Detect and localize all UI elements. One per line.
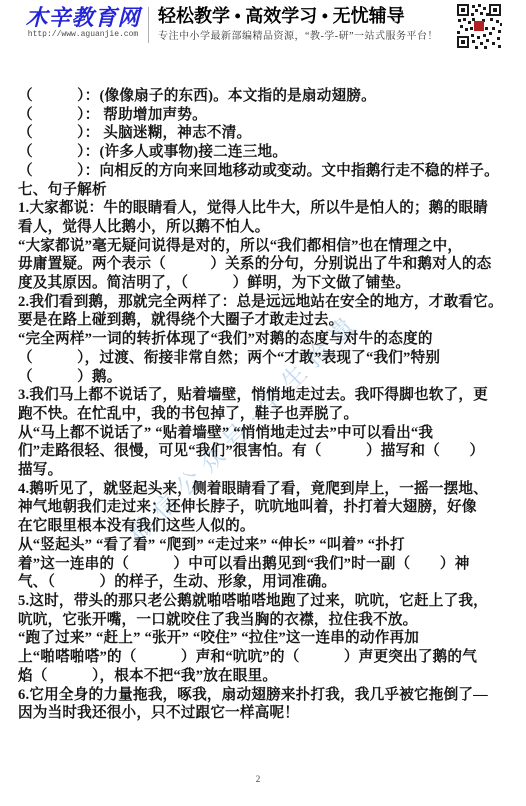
document-line: 1.大家都说：牛的眼睛看人，觉得人比牛大，所以牛是怕人的；鹅的眼睛 [18,199,510,218]
document-line: 因为当时我还很小，只不过跟它一样高呢！ [18,704,510,723]
slogan-text: 轻松教学 • 高效学习 • 无忧辅导 [158,5,448,27]
document-line: 3.我们马上都不说话了，贴着墙壁，悄悄地走过去。我吓得脚也软了，更 [18,386,510,405]
document-line: 从“马上都不说话了” “贴着墙壁” “悄悄地走过去”中可以看出“我 [18,424,510,443]
logo: 木辛教育网 http://www.aguanjie.com [22,6,144,40]
document-line: “跑了过来” “赶上” “张开” “咬住” “拉住”这一连串的动作再加 [18,629,510,648]
document-line: 在它眼里根本没有我们这些人似的。 [18,517,510,536]
document-line: 焰（ ），根本不把“我”放在眼里。 [18,667,510,686]
document-line: （ ）：(像像扇子的东西)。本文指的是扇动翅膀。 [18,87,510,106]
slogan-block: 轻松教学 • 高效学习 • 无忧辅导 专注中小学最新部编精品资源，“教-学-研”… [158,5,448,43]
document-line: 描写。 [18,461,510,480]
document-line: 度及其原因。简洁明了，（ ）鲜明，为下文做了铺垫。 [18,274,510,293]
document-line: 着”这一连串的（ ）中可以看出鹅见到“我们”时一副（ ）神 [18,555,510,574]
document-line: 5.这时，带头的那只老公鹅就啪嗒啪嗒地跑了过来，吭吭，它赶上了我， [18,592,510,611]
document-body: （ ）：(像像扇子的东西)。本文指的是扇动翅膀。（ ）： 帮助增加声势。（ ）：… [18,87,510,723]
document-line: 看人，觉得人比鹅小，所以鹅不怕人。 [18,218,510,237]
document-line: （ ）： 头脑迷糊，神志不清。 [18,124,510,143]
qr-code-icon [456,3,502,49]
logo-title: 木辛教育网 [22,6,144,30]
logo-url: http://www.aguanjie.com [22,30,144,40]
header-divider [148,7,149,43]
document-line: （ ），过渡、衔接非常自然；两个“才敢”表现了“我们”特别 [18,349,510,368]
document-line: 2.我们看到鹅，那就完全两样了：总是远远地站在安全的地方，才敢看它。 [18,293,510,312]
page-number: 2 [0,774,516,784]
document-line: 气、（ ）的样子，生动、形象，用词准确。 [18,573,510,592]
document-line: （ ）：(许多人或事物)接二连三地。 [18,143,510,162]
document-line: 吭吭，它张开嘴，一口就咬住了我当胸的衣襟，拉住我不放。 [18,611,510,630]
document-line: “大家都说”毫无疑问说得是对的，所以“我们都相信”也在情理之中， [18,237,510,256]
document-line: 4.鹅听见了，就竖起头来，侧着眼睛看了看，竟爬到岸上，一摇一摆地、 [18,480,510,499]
document-line: （ ）鹅。 [18,368,510,387]
document-line: 从“竖起头” “看了看” “爬到” “走过来” “伸长” “叫着” “扑打 [18,536,510,555]
document-line: 毋庸置疑。两个表示（ ）关系的分句，分别说出了牛和鹅对人的态 [18,255,510,274]
document-line: 神气地朝我们走过来；还伸长脖子，吭吭地叫着，扑打着大翅膀，好像 [18,498,510,517]
document-line: 要是在路上碰到鹅，就得绕个大圈子才敢走过去。 [18,311,510,330]
document-page: 木辛教育网 http://www.aguanjie.com 轻松教学 • 高效学… [0,0,526,806]
document-line: 上“啪嗒啪嗒”的（ ）声和“吭吭”的（ ）声更突出了鹅的气 [18,648,510,667]
document-line: 们”走路很轻、很慢，可见“我们”很害怕。有（ ）描写和（ ） [18,442,510,461]
site-header: 木辛教育网 http://www.aguanjie.com 轻松教学 • 高效学… [0,0,526,52]
document-line: （ ）：向相反的方向来回地移动或变动。文中指鹅行走不稳的样子。 [18,162,510,181]
document-line: “完全两样”一词的转折体现了“我们”对鹅的态度与对牛的态度的 [18,330,510,349]
document-line: 七、句子解析 [18,181,510,200]
document-line: （ ）： 帮助增加声势。 [18,106,510,125]
document-line: 跑不快。在忙乱中，我的书包掉了，鞋子也弄脱了。 [18,405,510,424]
sub-slogan-text: 专注中小学最新部编精品资源，“教-学-研”一站式服务平台！ [158,31,448,43]
document-line: 6.它用全身的力量拖我，啄我，扇动翅膀来扑打我，我几乎被它拖倒了— [18,686,510,705]
